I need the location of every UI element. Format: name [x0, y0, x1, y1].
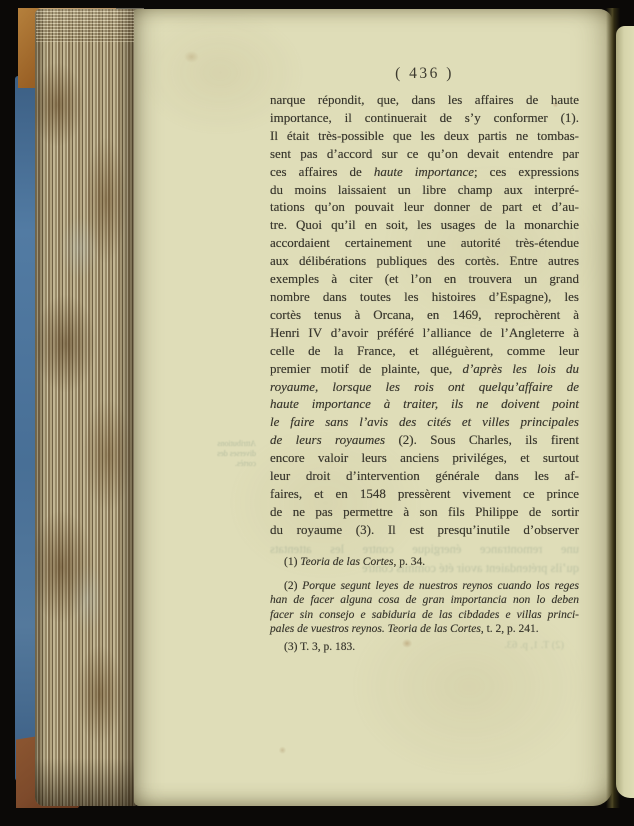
footnote-2: (2) Porque segunt leyes de nuestros reyn…	[270, 579, 579, 637]
facing-page-strip	[616, 26, 634, 798]
bleedthrough-margin-note: Attributionsdiverses descortès.	[192, 439, 256, 469]
page-edges-foreedge	[35, 9, 136, 806]
book-scan-photo: une remontrance énergique contre les att…	[0, 0, 634, 826]
footnote-1: (1) Teoria de las Cortes, p. 34.	[270, 555, 579, 570]
page-number: ( 436 )	[270, 65, 579, 83]
page-stack-top-edge	[36, 8, 144, 42]
footnotes: (1) Teoria de las Cortes, p. 34. (2) Por…	[270, 555, 579, 655]
edge-shading	[35, 9, 136, 806]
body-text: narque répondit, que, dans les affaires …	[270, 91, 579, 539]
book-page: une remontrance énergique contre les att…	[134, 9, 613, 806]
footnote-3: (3) T. 3, p. 183.	[270, 640, 579, 655]
